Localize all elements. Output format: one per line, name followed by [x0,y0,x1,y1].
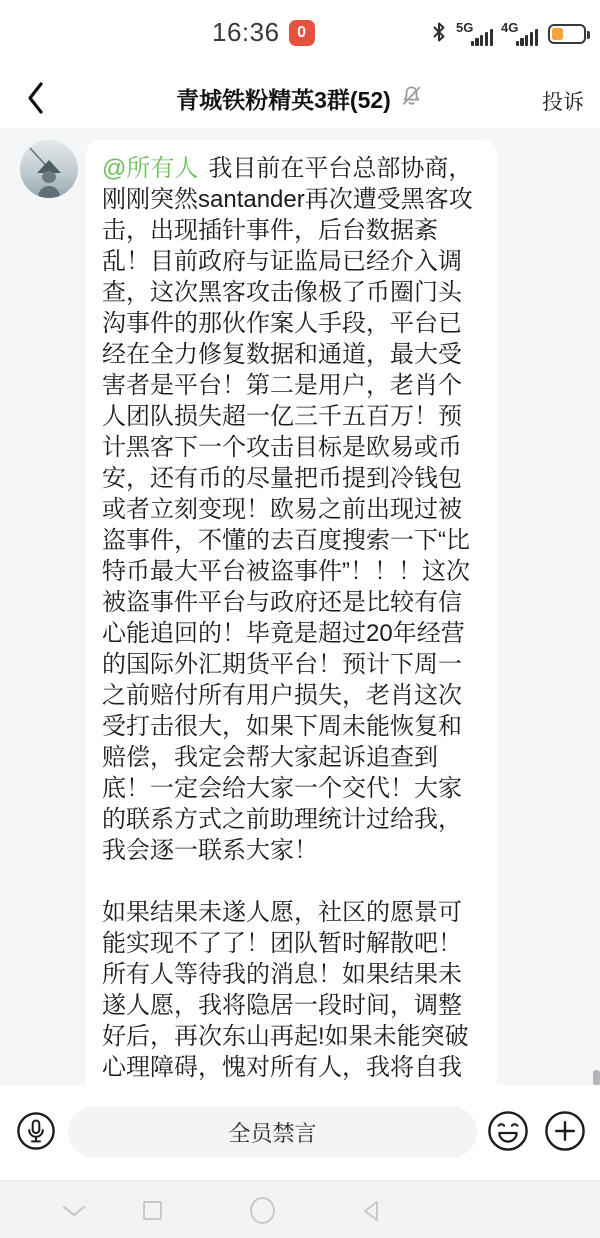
message-input[interactable]: 全员禁言 [68,1106,477,1158]
chat-header: 青城铁粉精英3群(52) 投诉 [0,68,600,128]
signal-bars-icon [471,29,493,46]
report-button[interactable]: 投诉 [538,82,588,120]
emoji-button[interactable] [487,1110,529,1152]
plus-icon [544,1110,586,1152]
bell-muted-icon [399,83,424,113]
smiley-icon [487,1110,529,1152]
microphone-icon [16,1111,56,1151]
title-group: 青城铁粉精英3群(52) [0,68,600,128]
back-nav-button[interactable] [360,1199,382,1228]
home-button[interactable] [250,1197,275,1224]
recents-button[interactable] [143,1201,162,1220]
time-group: 16:36 0 [212,17,315,48]
battery-icon [548,24,586,44]
android-nav-bar [0,1180,600,1238]
status-bar: 16:36 0 5G 4G [0,0,600,68]
voice-input-button[interactable] [16,1111,56,1151]
signal-5g: 5G [456,21,493,47]
hide-keyboard-button[interactable] [61,1204,87,1223]
group-title: 青城铁粉精英3群(52) [176,82,391,115]
clock-text: 16:36 [212,17,280,48]
bluetooth-icon [430,20,448,49]
message-composer: 全员禁言 [0,1085,600,1180]
triangle-left-icon [360,1199,382,1223]
message-paragraph-2: 如果结果未遂人愿，社区的愿景可能实现不了了！团队暂时解散吧！所有人等待我的消息！… [102,897,481,1085]
more-actions-button[interactable] [544,1110,586,1152]
phone-screen: 16:36 0 5G 4G [0,0,600,1238]
chevron-down-icon [61,1204,87,1218]
scrollbar-thumb[interactable] [593,1070,600,1085]
signal-4g: 4G [501,21,538,47]
sender-avatar[interactable] [20,140,78,198]
battery-level [552,28,563,40]
mute-notice-text: 全员禁言 [228,1117,316,1148]
chat-scroll-area[interactable]: @所有人我目前在平台总部协商，刚刚突然santander再次遭受黑客攻击，出现插… [0,128,600,1085]
mention-all-link[interactable]: @所有人 [102,155,198,182]
status-icons: 5G 4G [430,18,586,50]
message-paragraph-1: @所有人我目前在平台总部协商，刚刚突然santander再次遭受黑客攻击，出现插… [102,153,481,866]
message-text: 我目前在平台总部协商，刚刚突然santander再次遭受黑客攻击，出现插针事件，… [102,155,473,864]
message-bubble[interactable]: @所有人我目前在平台总部协商，刚刚突然santander再次遭受黑客攻击，出现插… [86,140,497,1085]
signal-bars-icon [516,29,538,46]
notification-badge: 0 [289,20,315,46]
